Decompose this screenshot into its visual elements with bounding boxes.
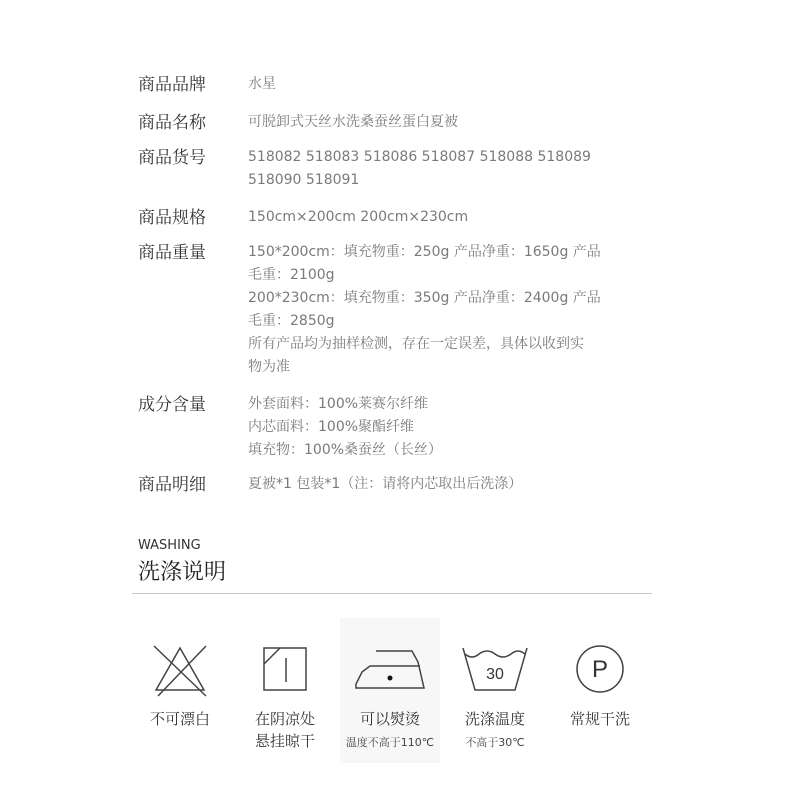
washing-heading: WASHING 洗涤说明 xyxy=(138,538,226,586)
spec-row-size: 商品规格 150cm×200cm 200cm×230cm xyxy=(138,205,658,240)
spec-label: 商品重量 xyxy=(138,240,248,266)
spec-value: 水星 xyxy=(248,73,658,96)
section-divider xyxy=(132,593,652,594)
care-item-dry-clean: P 常规干洗 xyxy=(550,618,650,763)
care-label: 在阴凉处 xyxy=(235,708,335,730)
spec-label: 商品明细 xyxy=(138,472,248,498)
wash-30-icon: 30 xyxy=(461,646,529,692)
spec-row-sku: 商品货号 518082 518083 518086 518087 518088 … xyxy=(138,145,658,205)
spec-label: 商品货号 xyxy=(138,145,248,171)
care-icons: 不可漂白 在阴凉处 悬挂晾干 可以熨烫 温度不高于110℃ 30 洗涤温度 不高… xyxy=(130,618,660,763)
spec-value: 518090 518091 xyxy=(248,169,658,192)
svg-text:P: P xyxy=(592,656,608,683)
washing-title-en: WASHING xyxy=(138,538,226,553)
spec-label: 商品品牌 xyxy=(138,72,248,98)
care-label: 可以熨烫 xyxy=(340,708,440,730)
spec-label: 商品规格 xyxy=(138,205,248,231)
care-label: 常规干洗 xyxy=(550,708,650,730)
line-dry-shade-icon xyxy=(262,646,308,692)
spec-value: 毛重：2850g xyxy=(248,310,658,333)
spec-value: 200*230cm：填充物重：350g 产品净重：2400g 产品 xyxy=(248,287,658,310)
spec-row-contents: 商品明细 夏被*1 包装*1（注：请将内芯取出后洗涤） xyxy=(138,472,658,502)
spec-row-weight: 商品重量 150*200cm：填充物重：250g 产品净重：1650g 产品 毛… xyxy=(138,240,658,392)
care-sublabel: 不高于30℃ xyxy=(445,732,545,754)
spec-row-name: 商品名称 可脱卸式天丝水洗桑蚕丝蛋白夏被 xyxy=(138,110,658,145)
care-item-line-dry-shade: 在阴凉处 悬挂晾干 xyxy=(235,618,335,763)
spec-value: 外套面料：100%莱赛尔纤维 xyxy=(248,393,658,416)
spec-value: 夏被*1 包装*1（注：请将内芯取出后洗涤） xyxy=(248,473,658,496)
spec-value: 可脱卸式天丝水洗桑蚕丝蛋白夏被 xyxy=(248,111,658,134)
washing-title-zh: 洗涤说明 xyxy=(138,555,226,586)
spec-value: 毛重：2100g xyxy=(248,264,658,287)
spec-value: 所有产品均为抽样检测，存在一定误差，具体以收到实 xyxy=(248,333,658,356)
no-bleach-icon xyxy=(152,642,208,698)
spec-value: 内芯面料：100%聚酯纤维 xyxy=(248,416,658,439)
spec-value: 150*200cm：填充物重：250g 产品净重：1650g 产品 xyxy=(248,241,658,264)
care-item-wash-temp: 30 洗涤温度 不高于30℃ xyxy=(445,618,545,763)
spec-value: 物为准 xyxy=(248,356,658,379)
care-label: 洗涤温度 xyxy=(445,708,545,730)
spec-label: 成分含量 xyxy=(138,392,248,418)
care-sublabel: 悬挂晾干 xyxy=(235,730,335,752)
spec-value: 填充物：100%桑蚕丝（长丝） xyxy=(248,439,658,462)
svg-text:30: 30 xyxy=(486,666,504,683)
spec-row-brand: 商品品牌 水星 xyxy=(138,72,658,110)
care-item-no-bleach: 不可漂白 xyxy=(130,618,230,763)
dry-clean-p-icon: P xyxy=(575,644,625,694)
care-item-iron: 可以熨烫 温度不高于110℃ xyxy=(340,618,440,763)
spec-row-composition: 成分含量 外套面料：100%莱赛尔纤维 内芯面料：100%聚酯纤维 填充物：10… xyxy=(138,392,658,472)
care-sublabel: 温度不高于110℃ xyxy=(340,732,440,754)
iron-low-icon xyxy=(352,648,428,692)
spec-value: 518082 518083 518086 518087 518088 51808… xyxy=(248,146,658,169)
product-specs: 商品品牌 水星 商品名称 可脱卸式天丝水洗桑蚕丝蛋白夏被 商品货号 518082… xyxy=(138,72,658,502)
care-label: 不可漂白 xyxy=(130,708,230,730)
spec-value: 150cm×200cm 200cm×230cm xyxy=(248,206,658,229)
spec-label: 商品名称 xyxy=(138,110,248,136)
